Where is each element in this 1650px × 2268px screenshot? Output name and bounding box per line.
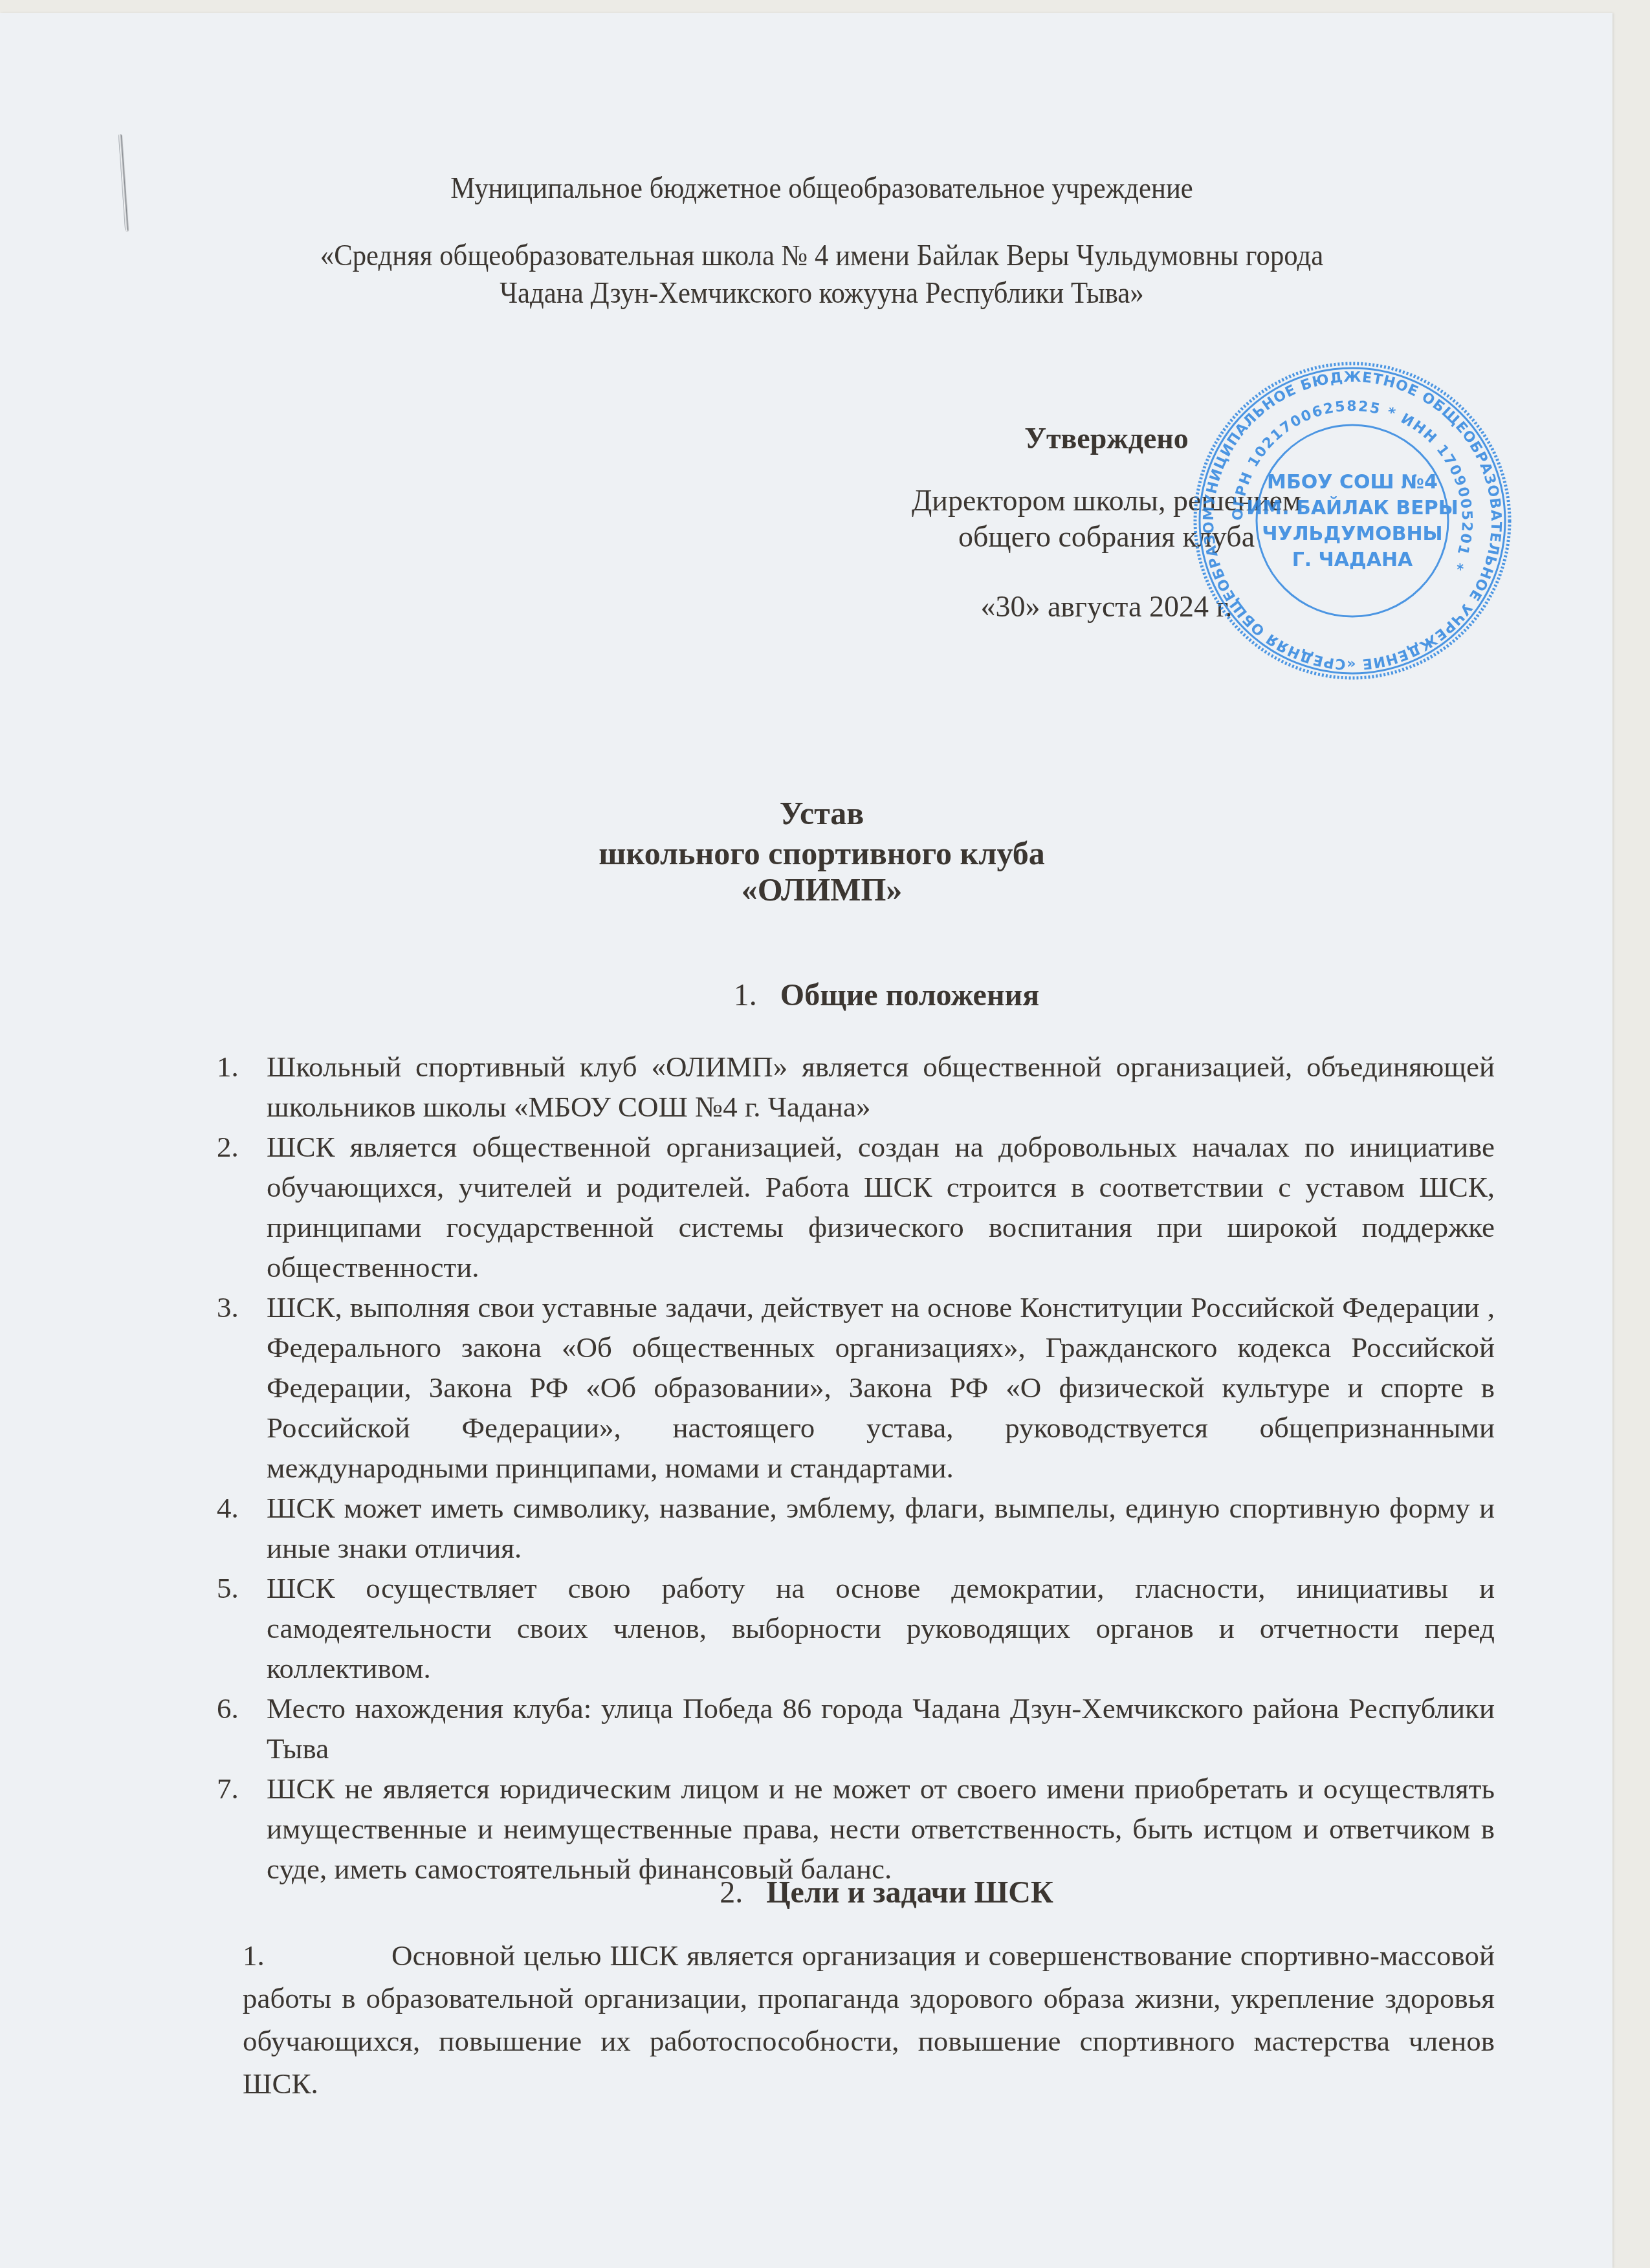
item-text: ШСК может иметь символику, название, эмб…	[267, 1488, 1495, 1568]
item-text: ШСК не является юридическим лицом и не м…	[267, 1769, 1495, 1889]
document-title-line-3: «ОЛИМП»	[563, 873, 1081, 906]
approval-line-1: Директором школы, решением	[848, 486, 1365, 516]
item-number: 1.	[243, 1934, 391, 1977]
section-1-heading: 1.Общие положения	[628, 980, 1145, 1011]
institution-line-1: Муниципальное бюджетное общеобразователь…	[340, 173, 1303, 203]
list-item: 6.Место нахождения клуба: улица Победа 8…	[217, 1688, 1495, 1769]
section-2-title: Цели и задачи ШСК	[766, 1875, 1053, 1910]
document-title-line-2: школьного спортивного клуба	[563, 837, 1081, 869]
list-item: 2.ШСК является общественной организацией…	[217, 1127, 1495, 1287]
institution-line-2: «Средняя общеобразовательная школа № 4 и…	[220, 241, 1424, 270]
list-item: 1.Школьный спортивный клуб «ОЛИМП» являе…	[217, 1047, 1495, 1127]
document-title: Устав школьного спортивного клуба «ОЛИМП…	[563, 797, 1081, 906]
item-text: ШСК, выполняя свои уставные задачи, дейс…	[267, 1287, 1495, 1488]
item-text: ШСК является общественной организацией, …	[267, 1127, 1495, 1287]
document-title-line-1: Устав	[563, 797, 1081, 829]
section-1-items: 1.Школьный спортивный клуб «ОЛИМП» являе…	[217, 1047, 1495, 1889]
item-number: 1.	[217, 1047, 239, 1087]
institution-line-3: Чадана Дзун-Хемчикского кожууна Республи…	[220, 278, 1424, 308]
item-number: 3.	[217, 1287, 239, 1327]
list-item: 3.ШСК, выполняя свои уставные задачи, де…	[217, 1287, 1495, 1488]
approval-title: Утверждено	[848, 424, 1365, 453]
institution-header: Муниципальное бюджетное общеобразователь…	[304, 173, 1339, 203]
section-2-number: 2.	[720, 1875, 743, 1910]
item-text: Школьный спортивный клуб «ОЛИМП» являетс…	[267, 1047, 1495, 1127]
item-number: 7.	[217, 1769, 239, 1809]
section-2-item-1: 1.Основной целью ШСК является организаци…	[243, 1934, 1495, 2105]
item-number: 6.	[217, 1688, 239, 1728]
item-text: Место нахождения клуба: улица Победа 86 …	[267, 1688, 1495, 1769]
institution-header-name: «Средняя общеобразовательная школа № 4 и…	[175, 241, 1469, 308]
list-item: 4.ШСК может иметь символику, название, э…	[217, 1488, 1495, 1568]
item-number: 2.	[217, 1127, 239, 1167]
item-text: Основной целью ШСК является организация …	[243, 1939, 1495, 2100]
approval-date: «30» августа 2024 г.	[848, 592, 1365, 622]
list-item: 7.ШСК не является юридическим лицом и не…	[217, 1769, 1495, 1889]
list-item: 5.ШСК осуществляет свою работу на основе…	[217, 1568, 1495, 1688]
item-number: 5.	[217, 1568, 239, 1608]
section-1-title: Общие положения	[780, 978, 1039, 1012]
approval-line-2: общего собрания клуба	[848, 522, 1365, 552]
section-2-heading: 2.Цели и задачи ШСК	[628, 1877, 1145, 1908]
approval-block: Утверждено Директором школы, решением об…	[848, 424, 1365, 622]
item-number: 4.	[217, 1488, 239, 1528]
section-1-number: 1.	[734, 978, 757, 1012]
item-text: ШСК осуществляет свою работу на основе д…	[267, 1568, 1495, 1688]
